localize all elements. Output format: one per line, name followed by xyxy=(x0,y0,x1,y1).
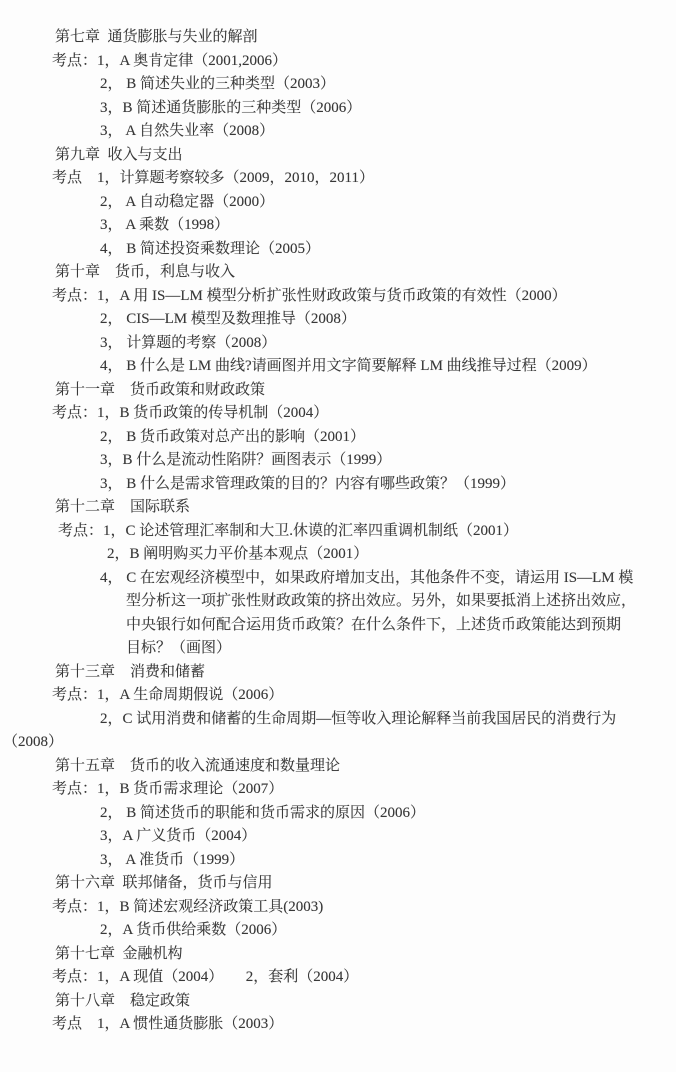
exam-point-item: 2， B 货币政策对总产出的影响（2001） xyxy=(0,426,676,450)
exam-points-label-line: 考点：1，A 用 IS—LM 模型分析扩张性财政政策与货币政策的有效性（2000… xyxy=(0,285,676,309)
exam-point-item: 3， A 准货币（1999） xyxy=(0,849,676,873)
exam-point-item: 2， B 简述失业的三种类型（2003） xyxy=(0,73,676,97)
exam-point-continuation: 型分析这一项扩张性财政政策的挤出效应。另外，如果要抵消上述挤出效应， xyxy=(0,590,676,614)
exam-point-item: 3， A 自然失业率（2008） xyxy=(0,120,676,144)
exam-points-label-line: 考点 1，A 惯性通货膨胀（2003） xyxy=(0,1013,676,1037)
exam-point-item: 2，A 货币供给乘数（2006） xyxy=(0,919,676,943)
chapter-heading: 第十五章 货币的收入流通速度和数量理论 xyxy=(0,755,676,779)
exam-points-label-line: 考点：1，A 生命周期假说（2006） xyxy=(0,684,676,708)
exam-points-label-line: 考点：1，A 现值（2004） 2，套利（2004） xyxy=(0,966,676,990)
exam-point-item: 4， C 在宏观经济模型中，如果政府增加支出，其他条件不变，请运用 IS—LM … xyxy=(0,567,676,591)
exam-point-continuation: 目标？（画图） xyxy=(0,637,676,661)
exam-points-label-line: 考点：1，B 货币政策的传导机制（2004） xyxy=(0,402,676,426)
exam-point-item: 2，B 阐明购买力平价基本观点（2001） xyxy=(0,543,676,567)
chapter-heading: 第十章 货币，利息与收入 xyxy=(0,261,676,285)
exam-point-item: 3， A 乘数（1998） xyxy=(0,214,676,238)
exam-point-item: 3，A 广义货币（2004） xyxy=(0,825,676,849)
chapter-heading: 第七章 通货膨胀与失业的解剖 xyxy=(0,26,676,50)
exam-point-item: 2，C 试用消费和储蓄的生命周期—恒等收入理论解释当前我国居民的消费行为 xyxy=(0,708,676,732)
chapter-heading: 第十七章 金融机构 xyxy=(0,943,676,967)
exam-point-item: 4， B 简述投资乘数理论（2005） xyxy=(0,238,676,262)
exam-point-item: 3， B 什么是需求管理政策的目的？内容有哪些政策？（1999） xyxy=(0,473,676,497)
exam-points-label-line: 考点 1，计算题考察较多（2009，2010，2011） xyxy=(0,167,676,191)
exam-point-item: 2， B 简述货币的职能和货币需求的原因（2006） xyxy=(0,802,676,826)
exam-point-item: 2， CIS—LM 模型及数理推导（2008） xyxy=(0,308,676,332)
exam-points-label-line: 考点：1，B 简述宏观经济政策工具(2003) xyxy=(0,896,676,920)
exam-point-continuation: 中央银行如何配合运用货币政策？在什么条件下，上述货币政策能达到预期 xyxy=(0,614,676,638)
exam-point-item: 3， 计算题的考察（2008） xyxy=(0,332,676,356)
exam-point-item: 3，B 什么是流动性陷阱？画图表示（1999） xyxy=(0,449,676,473)
exam-points-label-line: 考点：1，C 论述管理汇率制和大卫.休谟的汇率四重调机制纸（2001） xyxy=(0,520,676,544)
document-page: 第七章 通货膨胀与失业的解剖 考点：1，A 奥肯定律（2001,2006） 2，… xyxy=(0,0,676,1072)
exam-point-item: 4， B 什么是 LM 曲线?请画图并用文字简要解释 LM 曲线推导过程（200… xyxy=(0,355,676,379)
chapter-heading: 第十二章 国际联系 xyxy=(0,496,676,520)
exam-points-label-line: 考点：1，B 货币需求理论（2007） xyxy=(0,778,676,802)
chapter-heading: 第十一章 货币政策和财政政策 xyxy=(0,379,676,403)
chapter-heading: 第十六章 联邦储备，货币与信用 xyxy=(0,872,676,896)
exam-points-label-line: 考点：1，A 奥肯定律（2001,2006） xyxy=(0,50,676,74)
wrapped-year-line: （2008） xyxy=(0,731,676,755)
chapter-heading: 第十三章 消费和储蓄 xyxy=(0,661,676,685)
exam-point-item: 3，B 简述通货膨胀的三种类型（2006） xyxy=(0,97,676,121)
chapter-heading: 第九章 收入与支出 xyxy=(0,144,676,168)
exam-point-item: 2， A 自动稳定器（2000） xyxy=(0,191,676,215)
chapter-heading: 第十八章 稳定政策 xyxy=(0,990,676,1014)
